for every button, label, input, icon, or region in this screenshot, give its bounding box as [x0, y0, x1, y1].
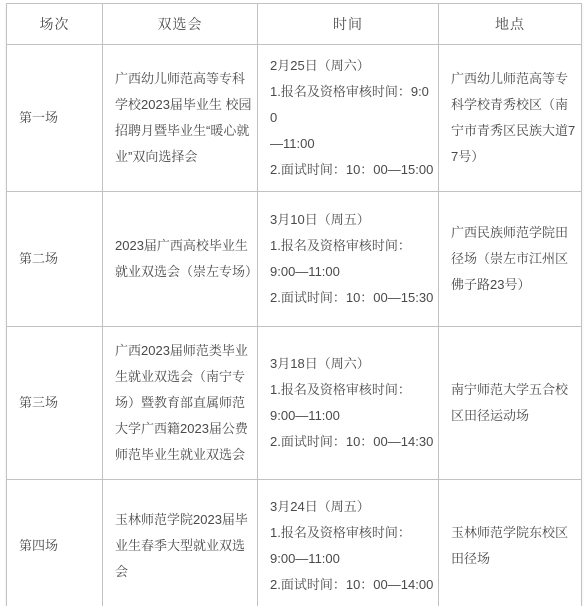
fair-cell: 玉林师范学院2023届毕业生春季大型就业双选会 [103, 480, 258, 606]
header-cell-location: 地点 [439, 4, 582, 45]
header-cell-time: 时间 [258, 4, 439, 45]
fair-cell: 广西2023届师范类毕业生就业双选会（南宁专场）暨教育部直属师范大学广西籍202… [103, 327, 258, 480]
table-row: 第四场 玉林师范学院2023届毕业生春季大型就业双选会 3月24日（周五） 1.… [7, 480, 582, 606]
session-cell: 第三场 [7, 327, 103, 480]
table-row: 第一场 广西幼儿师范高等专科学校2023届毕业生 校园招聘月暨毕业生“暖心就业”… [7, 45, 582, 192]
time-line: 9:00—11:00 [270, 546, 435, 572]
time-line: 2.面试时间：10：00—15:30 [270, 285, 435, 311]
location-cell: 广西幼儿师范高等专科学校青秀校区（南宁市青秀区民族大道77号） [439, 45, 582, 192]
time-line: 2.面试时间：10：00—15:00 [270, 157, 435, 183]
fair-cell: 2023届广西高校毕业生就业双选会（崇左专场） [103, 192, 258, 327]
time-cell: 3月10日（周五） 1.报名及资格审核时间： 9:00—11:00 2.面试时间… [258, 192, 439, 327]
time-line: 3月18日（周六） [270, 351, 435, 377]
time-line: 2月25日（周六） [270, 53, 435, 79]
session-cell: 第四场 [7, 480, 103, 606]
time-cell: 2月25日（周六） 1.报名及资格审核时间：9:00 —11:00 2.面试时间… [258, 45, 439, 192]
time-line: 1.报名及资格审核时间： [270, 520, 435, 546]
time-line: 2.面试时间：10：00—14:30 [270, 429, 435, 455]
location-cell: 南宁师范大学五合校区田径运动场 [439, 327, 582, 480]
page: 场次 双选会 时间 地点 第一场 广西幼儿师范高等专科学校2023届毕业生 校园… [0, 0, 587, 606]
session-cell: 第二场 [7, 192, 103, 327]
time-line: 3月10日（周五） [270, 207, 435, 233]
time-line: 3月24日（周五） [270, 494, 435, 520]
header-row: 场次 双选会 时间 地点 [7, 4, 582, 45]
table-row: 第二场 2023届广西高校毕业生就业双选会（崇左专场） 3月10日（周五） 1.… [7, 192, 582, 327]
fair-cell: 广西幼儿师范高等专科学校2023届毕业生 校园招聘月暨毕业生“暖心就业”双向选择… [103, 45, 258, 192]
table-row: 第三场 广西2023届师范类毕业生就业双选会（南宁专场）暨教育部直属师范大学广西… [7, 327, 582, 480]
time-line: 2.面试时间：10：00—14:00 [270, 572, 435, 598]
time-cell: 3月18日（周六） 1.报名及资格审核时间： 9:00—11:00 2.面试时间… [258, 327, 439, 480]
location-cell: 玉林师范学院东校区田径场 [439, 480, 582, 606]
time-line: 1.报名及资格审核时间： [270, 377, 435, 403]
header-cell-fair: 双选会 [103, 4, 258, 45]
header-cell-session: 场次 [7, 4, 103, 45]
time-line: 1.报名及资格审核时间： [270, 233, 435, 259]
time-line: 1.报名及资格审核时间：9:00 [270, 79, 435, 131]
time-cell: 3月24日（周五） 1.报名及资格审核时间： 9:00—11:00 2.面试时间… [258, 480, 439, 606]
time-line: 9:00—11:00 [270, 403, 435, 429]
session-cell: 第一场 [7, 45, 103, 192]
location-cell: 广西民族师范学院田径场（崇左市江州区佛子路23号） [439, 192, 582, 327]
time-line: —11:00 [270, 131, 435, 157]
job-fair-schedule-table: 场次 双选会 时间 地点 第一场 广西幼儿师范高等专科学校2023届毕业生 校园… [6, 3, 582, 606]
time-line: 9:00—11:00 [270, 259, 435, 285]
